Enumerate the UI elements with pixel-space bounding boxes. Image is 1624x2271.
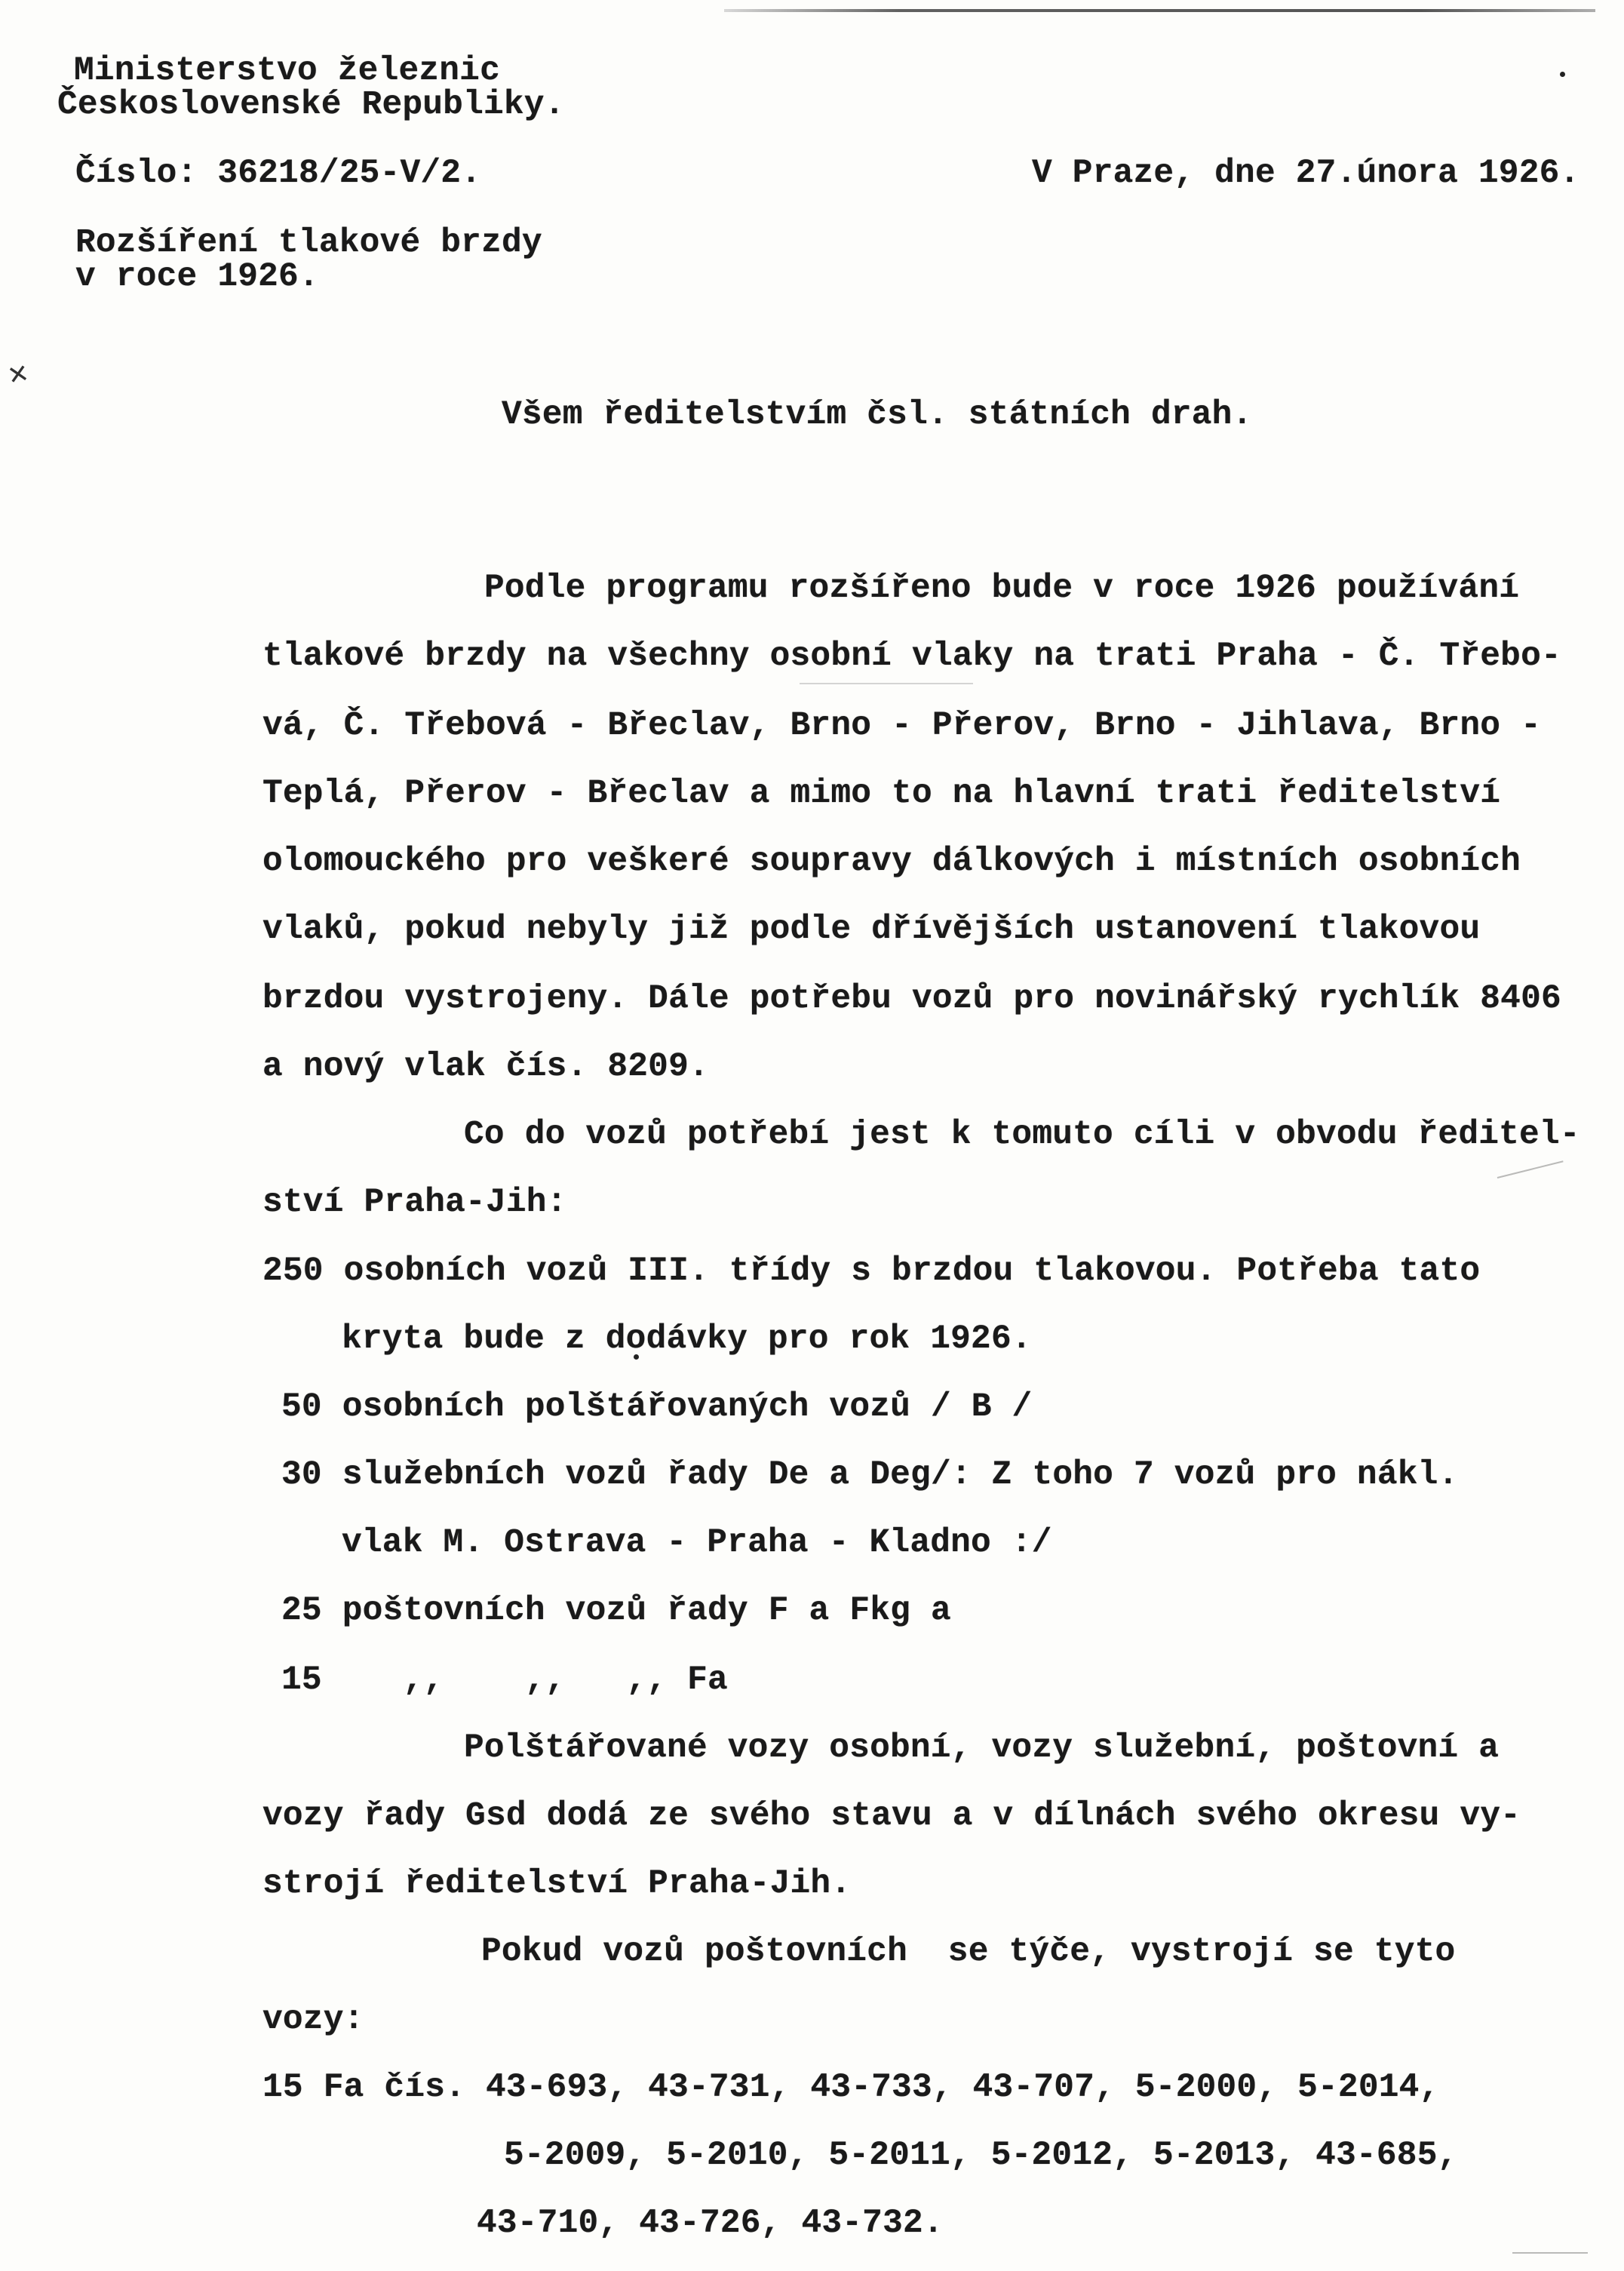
wagon-numbers-line-2: 5-2009, 5-2010, 5-2011, 5-2012, 5-2013, … xyxy=(504,2139,1458,2173)
scan-smudge xyxy=(1512,2252,1588,2254)
body-line: ství Praha-Jih: xyxy=(262,1186,567,1220)
body-line: Teplá, Přerov - Břeclav a mimo to na hla… xyxy=(262,777,1500,811)
subject-line-1: Rozšíření tlakové brzdy xyxy=(75,226,542,260)
document-page: Ministerstvo železnic Československé Rep… xyxy=(0,0,1624,2271)
body-line: tlakové brzdy na všechny osobní vlaky na… xyxy=(262,640,1561,674)
issuer-line-2: Československé Republiky. xyxy=(57,88,565,122)
list-item-250: 250 osobních vozů III. třídy s brzdou tl… xyxy=(262,1255,1480,1289)
body-line: Polštářované vozy osobní, vozy služební,… xyxy=(464,1732,1499,1765)
ink-speck xyxy=(634,1354,639,1360)
body-line: Podle programu rozšířeno bude v roce 192… xyxy=(484,572,1519,606)
body-line: Pokud vozů poštovních se týče, vystrojí … xyxy=(481,1935,1455,1969)
reference-number: Číslo: 36218/25-V/2. xyxy=(75,157,481,191)
wagon-numbers-line-1: 15 Fa čís. 43-693, 43-731, 43-733, 43-70… xyxy=(262,2071,1439,2105)
list-item-250-cont: kryta bude z dodávky pro rok 1926. xyxy=(342,1323,1032,1357)
body-line: vá, Č. Třebová - Břeclav, Brno - Přerov,… xyxy=(262,709,1541,743)
body-line: Co do vozů potřebí jest k tomuto cíli v … xyxy=(464,1118,1580,1152)
body-line: brzdou vystrojeny. Dále potřebu vozů pro… xyxy=(262,982,1561,1016)
scan-smudge xyxy=(800,683,973,684)
list-item-30-cont: vlak M. Ostrava - Praha - Kladno :/ xyxy=(342,1526,1052,1560)
addressee: Všem ředitelstvím čsl. státních drah. xyxy=(502,398,1252,432)
place-date: V Praze, dne 27.února 1926. xyxy=(1032,157,1579,191)
body-line: vozy: xyxy=(262,2003,364,2037)
body-line: olomouckého pro veškeré soupravy dálkový… xyxy=(262,845,1521,879)
page-top-edge xyxy=(724,9,1595,12)
issuer-line-1: Ministerstvo železnic xyxy=(74,54,500,88)
list-item-50: 50 osobních polštářovaných vozů / B / xyxy=(281,1391,1032,1424)
body-line: vlaků, pokud nebyly již podle dřívějších… xyxy=(262,913,1480,947)
wagon-numbers-line-3: 43-710, 43-726, 43-732. xyxy=(477,2207,944,2241)
subject-line-2: v roce 1926. xyxy=(75,260,319,294)
list-item-15: 15 ,, ,, ,, Fa xyxy=(281,1664,728,1698)
ink-speck xyxy=(1560,72,1565,77)
scan-smudge xyxy=(1497,1160,1564,1179)
list-item-30: 30 služebních vozů řady De a Deg/: Z toh… xyxy=(281,1458,1458,1492)
body-line: strojí ředitelství Praha-Jih. xyxy=(262,1867,851,1901)
list-item-25: 25 poštovních vozů řady F a Fkg a xyxy=(281,1594,951,1628)
body-line: vozy řady Gsd dodá ze svého stavu a v dí… xyxy=(262,1799,1521,1833)
body-line: a nový vlak čís. 8209. xyxy=(262,1050,709,1084)
margin-x-mark-icon: ✕ xyxy=(5,358,32,392)
